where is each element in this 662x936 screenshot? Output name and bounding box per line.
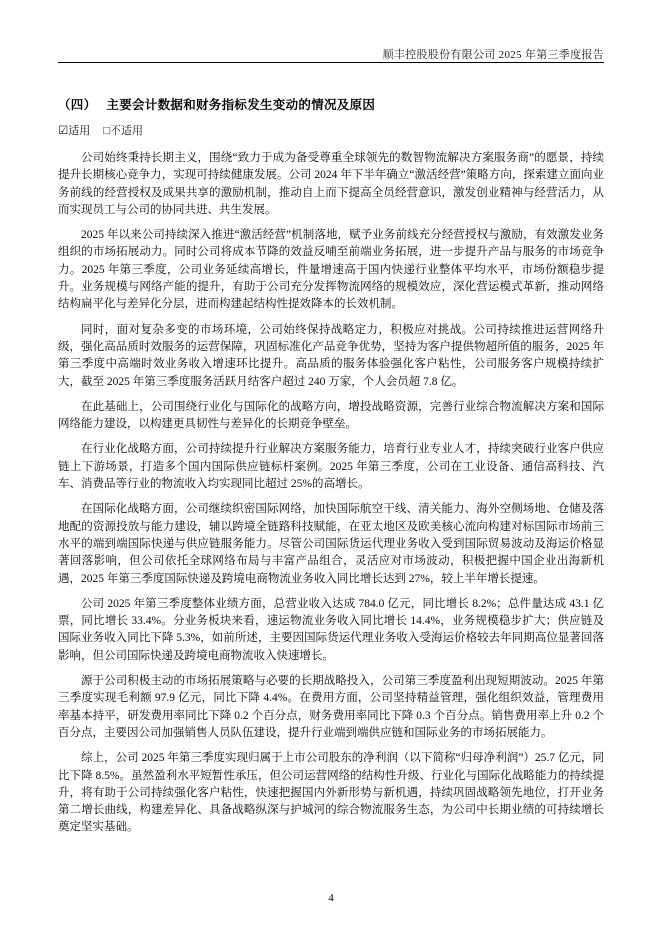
applicable-option: ☑适用 (58, 125, 90, 137)
paragraph-7: 公司 2025 年第三季度整体业绩方面，总营业收入达成 784.0 亿元，同比增… (58, 596, 604, 665)
section-title-text: 主要会计数据和财务指标发生变动的情况及原因 (106, 98, 375, 112)
paragraph-6: 在国际化战略方面，公司继续织密国际网络，加快国际航空干线、清关能力、海外空侧场地… (58, 501, 604, 587)
paragraph-3: 同时，面对复杂多变的市场环境，公司始终保持战略定力，积极应对挑战。公司持续推进运… (58, 322, 604, 391)
paragraph-1: 公司始终秉持长期主义，围绕“致力于成为备受尊重全球领先的数智物流解决方案服务商”… (58, 150, 604, 219)
not-applicable-option: □不适用 (103, 125, 143, 137)
paragraph-9: 综上，公司 2025 年第三季度实现归属于上市公司股东的净利润（以下简称“归母净… (58, 750, 604, 836)
paragraph-8: 源于公司积极主动的市场拓展策略与必要的长期战略投入，公司第三季度盈利出现短期波动… (58, 673, 604, 742)
page-number: 4 (328, 892, 334, 904)
not-applicable-label: 不适用 (110, 125, 143, 137)
report-header-title: 顺丰控股股份有限公司 2025 年第三季度报告 (383, 49, 604, 61)
checkbox-unchecked-icon: □ (103, 125, 110, 137)
applicable-label: 适用 (68, 125, 90, 137)
report-page: 顺丰控股股份有限公司 2025 年第三季度报告 （四）主要会计数据和财务指标发生… (0, 0, 662, 936)
header-divider (58, 62, 604, 63)
checkbox-checked-icon: ☑ (58, 125, 68, 137)
page-footer: 4 (0, 892, 662, 904)
page-header: 顺丰控股股份有限公司 2025 年第三季度报告 (58, 46, 604, 62)
applicability-row: ☑适用 □不适用 (58, 122, 153, 138)
paragraph-2: 2025 年以来公司持续深入推进“激活经营”机制落地，赋予业务前线充分经营授权与… (58, 227, 604, 313)
section-title: （四）主要会计数据和财务指标发生变动的情况及原因 (58, 95, 604, 113)
paragraph-5: 在行业化战略方面，公司持续提升行业解决方案服务能力，培育行业专业人才，持续突破行… (58, 441, 604, 493)
section-number: （四） (58, 98, 96, 112)
report-body: 公司始终秉持长期主义，围绕“致力于成为备受尊重全球领先的数智物流解决方案服务商”… (58, 150, 604, 845)
paragraph-4: 在此基础上，公司围绕行业化与国际化的战略方向，增投战略资源，完善行业综合物流解决… (58, 399, 604, 434)
